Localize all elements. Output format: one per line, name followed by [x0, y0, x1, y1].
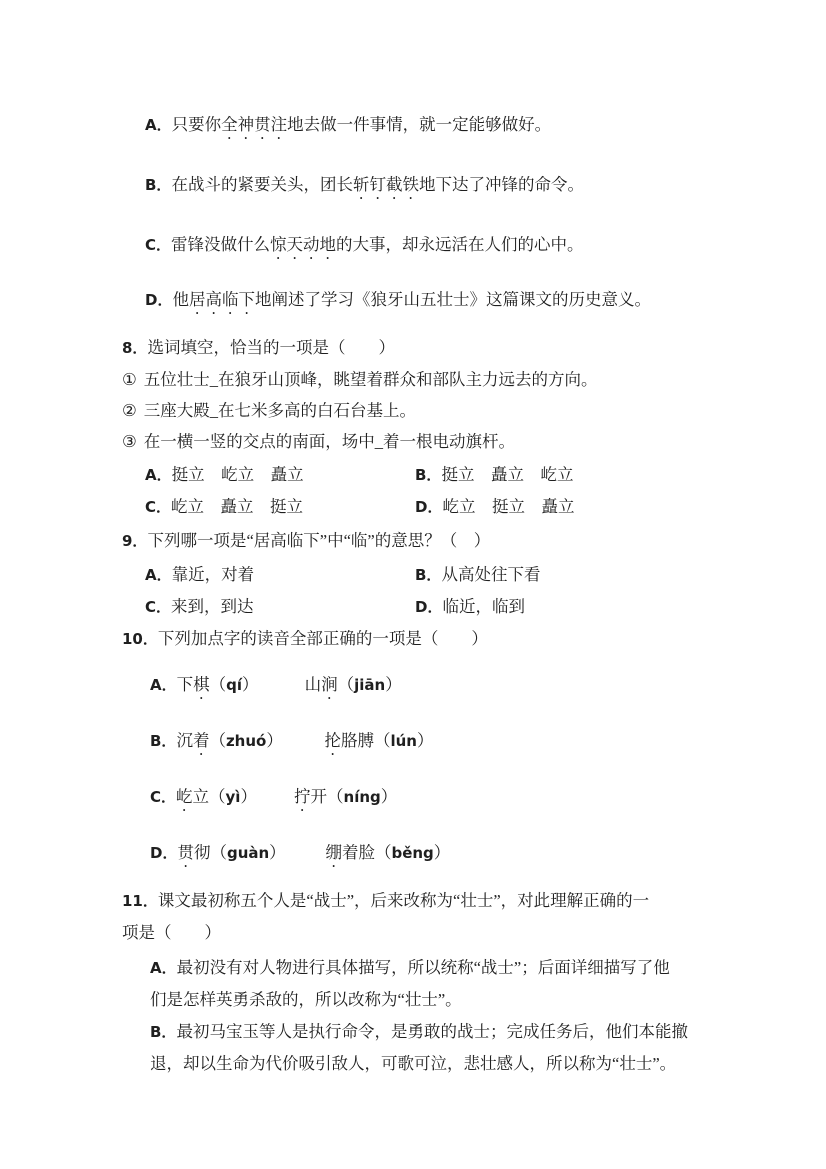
question-number: 8．: [122, 339, 147, 357]
option-letter: C．: [145, 236, 171, 254]
word-with-pinyin: 山涧（jiān）: [305, 675, 402, 694]
pinyin: níng: [344, 788, 381, 806]
dotted-character: 绷: [325, 843, 342, 862]
option-letter: D．: [415, 598, 442, 616]
q10-options: A．下棋（qí）山涧（jiān） B．沉着（zhuó）抡胳膊（lún） C．屹立…: [150, 669, 722, 871]
option-text: 地阐述了学习《狼牙山五壮士》这篇课文的历史意义。: [255, 290, 651, 309]
paren-close: ）: [240, 787, 257, 806]
q8-options: A．挺立 屹立 矗立 B．挺立 矗立 屹立 C．屹立 矗立 挺立 D．屹立 挺立…: [145, 459, 722, 523]
pinyin: běng: [391, 844, 433, 862]
emphasized-idiom: 斩钉截铁: [353, 175, 419, 194]
stem-text: 选词填空，恰当的一项是（ ）: [147, 338, 395, 357]
emphasized-idiom: 居高临下: [189, 290, 255, 309]
option-text: 屹立 挺立 矗立: [442, 497, 574, 516]
word-text: 沉: [176, 731, 193, 750]
pinyin: zhuó: [226, 732, 266, 750]
word-with-pinyin: 贯彻（guàn）: [177, 837, 325, 871]
stem-text: 下列加点字的读音全部正确的一项是（ ）: [158, 629, 488, 648]
q9-option-a: A．靠近，对着: [145, 559, 415, 591]
dotted-character: 贯: [177, 843, 194, 862]
question-10: 10．下列加点字的读音全部正确的一项是（ ） A．下棋（qí）山涧（jiān） …: [122, 623, 722, 871]
question-number: 9．: [122, 532, 147, 550]
option-text: 靠近，对着: [172, 565, 255, 584]
q10-option-a: A．下棋（qí）山涧（jiān）: [150, 669, 722, 703]
q9-options: A．靠近，对着 B．从高处往下看 C．来到，到达 D．临近，临到: [145, 559, 722, 623]
option-text: 雷锋没做什么: [171, 235, 270, 254]
pinyin: jiān: [354, 676, 385, 694]
option-text: 来到，到达: [171, 597, 254, 616]
word-with-pinyin: 下棋（qí）: [177, 669, 305, 703]
option-letter: D．: [415, 498, 442, 516]
paren-open: （: [375, 843, 392, 862]
circled-number-2: ②: [122, 401, 137, 420]
paren-open: （: [374, 731, 391, 750]
word-with-pinyin: 沉着（zhuó）: [176, 725, 324, 759]
q10-option-d: D．贯彻（guàn）绷着脸（běng）: [150, 837, 722, 871]
option-text: 挺立 屹立 矗立: [172, 465, 304, 484]
item-text: 五位壮士_在狼牙山顶峰，眺望着群众和部队主力远去的方向。: [144, 370, 598, 389]
option-letter: D．: [150, 844, 177, 862]
word-text: 彻: [194, 843, 211, 862]
top-option-d: D．他居高临下地阐述了学习《狼牙山五壮士》这篇课文的历史意义。: [145, 284, 722, 318]
circled-number-3: ③: [122, 432, 137, 451]
question-9: 9．下列哪一项是“居高临下”中“临”的意思？（ ） A．靠近，对着 B．从高处往…: [122, 525, 722, 623]
top-option-a: A．只要你全神贯注地去做一件事情，就一定能够做好。: [145, 109, 722, 143]
item-text: 在一横一竖的交点的南面，场中_着一根电动旗杆。: [144, 432, 515, 451]
option-letter: A．: [145, 566, 172, 584]
top-option-b: B．在战斗的紧要关头，团长斩钉截铁地下达了冲锋的命令。: [145, 169, 722, 203]
word-text: 下: [177, 675, 194, 694]
option-letter: C．: [150, 788, 176, 806]
word-with-pinyin: 抡胳膊（lún）: [324, 731, 433, 750]
paren-open: （: [209, 731, 226, 750]
stem-text: 下列哪一项是“居高临下”中“临”的意思？（ ）: [147, 531, 490, 550]
q8-option-b: B．挺立 矗立 屹立: [415, 459, 722, 491]
option-text: 他: [172, 290, 189, 309]
paren-close: ）: [417, 731, 434, 750]
top-option-c: C．雷锋没做什么惊天动地的大事，却永远活在人们的心中。: [145, 229, 722, 263]
pinyin: yì: [226, 788, 241, 806]
paren-close: ）: [269, 843, 286, 862]
word-with-pinyin: 绷着脸（běng）: [325, 843, 450, 862]
option-letter: C．: [145, 598, 171, 616]
paren-close: ）: [242, 675, 259, 694]
question-number: 10．: [122, 630, 158, 648]
option-letter: D．: [145, 291, 172, 309]
dotted-character: 棋: [193, 675, 210, 694]
exam-page: A．只要你全神贯注地去做一件事情，就一定能够做好。 B．在战斗的紧要关头，团长斩…: [0, 0, 826, 1169]
paren-close: ）: [385, 675, 402, 694]
q10-option-b: B．沉着（zhuó）抡胳膊（lún）: [150, 725, 722, 759]
question-11-stem: 11．课文最初称五个人是“战士”，后来改称为“壮士”，对此理解正确的一 项是（ …: [122, 885, 722, 949]
dotted-character: 着: [193, 731, 210, 750]
paren-close: ）: [266, 731, 283, 750]
q8-option-a: A．挺立 屹立 矗立: [145, 459, 415, 491]
stem-text: 课文最初称五个人是“战士”，后来改称为“壮士”，对此理解正确的一 项是（ ）: [122, 891, 649, 942]
q8-item-2: ②三座大殿_在七米多高的白石台基上。: [122, 395, 722, 426]
word-text: 山: [305, 675, 322, 694]
q10-option-c: C．屹立（yì）拧开（níng）: [150, 781, 722, 815]
option-text: 挺立 矗立 屹立: [441, 465, 573, 484]
word-text: 开: [311, 787, 328, 806]
question-10-stem: 10．下列加点字的读音全部正确的一项是（ ）: [122, 623, 722, 655]
option-text: 在战斗的紧要关头，团长: [171, 175, 353, 194]
option-letter: C．: [145, 498, 171, 516]
paren-close: ）: [381, 787, 398, 806]
dotted-character: 屹: [176, 787, 193, 806]
paren-open: （: [210, 675, 227, 694]
question-number: 11．: [122, 892, 158, 910]
q8-option-d: D．屹立 挺立 矗立: [415, 491, 722, 523]
option-text: 的大事，却永远活在人们的心中。: [336, 235, 584, 254]
option-letter: A．: [145, 116, 172, 134]
paren-open: （: [338, 675, 355, 694]
q11-options: A．最初没有对人物进行具体描写，所以统称“战士”；后面详细描写了他 们是怎样英勇…: [122, 952, 722, 1080]
paren-open: （: [327, 787, 344, 806]
word-text: 胳膊: [341, 731, 374, 750]
option-text: 最初没有对人物进行具体描写，所以统称“战士”；后面详细描写了他 们是怎样英勇杀敌…: [150, 958, 670, 1009]
question-8-stem: 8．选词填空，恰当的一项是（ ）: [122, 332, 722, 364]
word-text: 立: [193, 787, 210, 806]
dotted-character: 涧: [321, 675, 338, 694]
question-9-stem: 9．下列哪一项是“居高临下”中“临”的意思？（ ）: [122, 525, 722, 557]
option-letter: B．: [150, 1023, 176, 1041]
question-8: 8．选词填空，恰当的一项是（ ） ①五位壮士_在狼牙山顶峰，眺望着群众和部队主力…: [122, 332, 722, 523]
option-text: 临近，临到: [442, 597, 525, 616]
q9-option-b: B．从高处往下看: [415, 559, 722, 591]
option-letter: B．: [415, 566, 441, 584]
q11-option-a: A．最初没有对人物进行具体描写，所以统称“战士”；后面详细描写了他 们是怎样英勇…: [150, 952, 722, 1016]
option-text: 最初马宝玉等人是执行命令，是勇敢的战士；完成任务后，他们本能撤 退，却以生命为代…: [150, 1022, 688, 1073]
item-text: 三座大殿_在七米多高的白石台基上。: [144, 401, 416, 420]
dotted-character: 抡: [324, 731, 341, 750]
pinyin: qí: [226, 676, 242, 694]
emphasized-idiom: 全神贯注: [221, 115, 287, 134]
q8-item-1: ①五位壮士_在狼牙山顶峰，眺望着群众和部队主力远去的方向。: [122, 364, 722, 395]
option-letter: B．: [145, 176, 171, 194]
pinyin: lún: [390, 732, 417, 750]
q9-option-c: C．来到，到达: [145, 591, 415, 623]
paren-close: ）: [434, 843, 451, 862]
q8-item-3: ③在一横一竖的交点的南面，场中_着一根电动旗杆。: [122, 426, 722, 457]
option-text: 只要你: [172, 115, 222, 134]
circled-number-1: ①: [122, 370, 137, 389]
pinyin: guàn: [227, 844, 269, 862]
top-options-section: A．只要你全神贯注地去做一件事情，就一定能够做好。 B．在战斗的紧要关头，团长斩…: [122, 109, 722, 318]
dotted-character: 拧: [294, 787, 311, 806]
option-letter: A．: [150, 676, 177, 694]
word-with-pinyin: 拧开（níng）: [294, 787, 397, 806]
option-text: 地下达了冲锋的命令。: [419, 175, 584, 194]
paren-open: （: [210, 843, 227, 862]
option-letter: B．: [415, 466, 441, 484]
paren-open: （: [209, 787, 226, 806]
emphasized-idiom: 惊天动地: [270, 235, 336, 254]
option-letter: A．: [150, 959, 177, 977]
option-text: 从高处往下看: [441, 565, 540, 584]
q9-option-d: D．临近，临到: [415, 591, 722, 623]
word-with-pinyin: 屹立（yì）: [176, 781, 294, 815]
question-11: 11．课文最初称五个人是“战士”，后来改称为“壮士”，对此理解正确的一 项是（ …: [122, 885, 722, 1080]
option-text: 地去做一件事情，就一定能够做好。: [287, 115, 551, 134]
word-text: 着脸: [342, 843, 375, 862]
option-text: 屹立 矗立 挺立: [171, 497, 303, 516]
option-letter: B．: [150, 732, 176, 750]
q11-option-b: B．最初马宝玉等人是执行命令，是勇敢的战士；完成任务后，他们本能撤 退，却以生命…: [150, 1016, 722, 1080]
option-letter: A．: [145, 466, 172, 484]
q8-option-c: C．屹立 矗立 挺立: [145, 491, 415, 523]
